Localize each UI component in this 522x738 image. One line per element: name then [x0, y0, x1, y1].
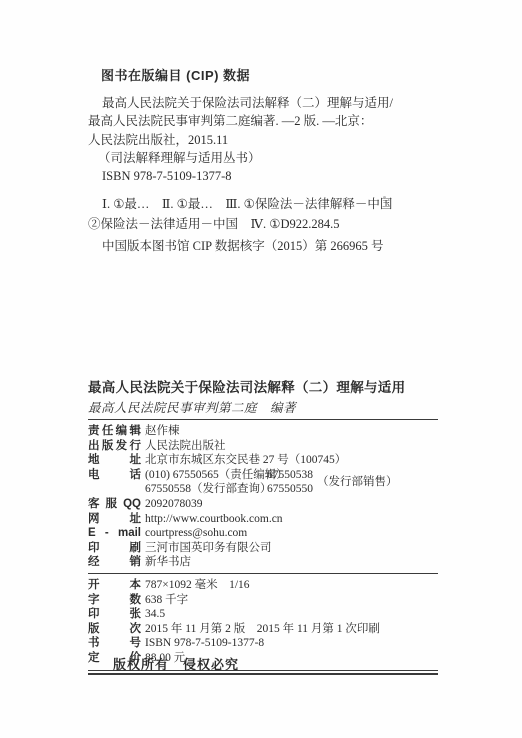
- pub-value-phone: (010) 67550565（责任编辑） 67550558（发行部查询） 675…: [145, 468, 398, 497]
- pub-label: 出版发行: [88, 439, 141, 454]
- pub-row-wordcount: 字 数 638 千字: [88, 593, 438, 608]
- pub-row-sheets: 印 张 34.5: [88, 607, 438, 622]
- pub-row-printer: 印 刷 三河市国英印务有限公司: [88, 541, 438, 556]
- pub-row-qq: 客 服 QQ 2092078039: [88, 497, 438, 512]
- cip-heading: 图书在版编目 (CIP) 数据: [88, 66, 440, 85]
- pub-row-format: 开 本 787×1092 毫米 1/16: [88, 578, 438, 593]
- cip-isbn-line: ISBN 978-7-5109-1377-8: [88, 167, 440, 185]
- pub-value: 新华书店: [145, 555, 191, 570]
- phone-line: (010) 67550565（责任编辑）: [145, 468, 267, 483]
- pub-value: 赵作棟: [145, 424, 180, 439]
- pub-value: 北京市东城区东交民巷 27 号（100745）: [145, 453, 346, 468]
- cip-series-line: （司法解释理解与适用丛书）: [88, 149, 440, 167]
- cip-class-line: ②保险法－法律适用－中国 Ⅳ. ①D922.284.5: [88, 215, 440, 235]
- phone-extensions: (010) 67550565（责任编辑） 67550558（发行部查询）: [145, 468, 267, 497]
- pub-label: 地 址: [88, 453, 141, 468]
- pub-value: 638 千字: [145, 593, 188, 608]
- pub-label: 网 址: [88, 512, 141, 527]
- pub-label: 印 刷: [88, 541, 141, 556]
- publication-info: 责任编辑 赵作棟 出版发行 人民法院出版社 地 址 北京市东城区东交民巷 27 …: [88, 419, 438, 675]
- title-block: 最高人民法院关于保险法司法解释（二）理解与适用 最高人民法院民事审判第二庭 编著: [88, 379, 440, 417]
- book-author: 最高人民法院民事审判第二庭 编著: [88, 400, 440, 417]
- pub-row-phone: 电 话 (010) 67550565（责任编辑） 67550558（发行部查询）…: [88, 468, 438, 497]
- pub-value: 三河市国英印务有限公司: [145, 541, 272, 556]
- pub-value: 人民法院出版社: [145, 439, 226, 454]
- pub-value: 2015 年 11 月第 2 版 2015 年 11 月第 1 次印刷: [145, 622, 380, 637]
- pub-label: 经 销: [88, 555, 141, 570]
- phone-numbers: 67550538 67550550: [267, 468, 317, 497]
- pub-label: 书 号: [88, 636, 141, 651]
- pub-row-website: 网 址 http://www.courtbook.com.cn: [88, 512, 438, 527]
- pub-value: ISBN 978-7-5109-1377-8: [145, 636, 264, 651]
- pub-row-publisher: 出版发行 人民法院出版社: [88, 439, 438, 454]
- pub-label: 印 张: [88, 607, 141, 622]
- pub-row-edition: 版 次 2015 年 11 月第 2 版 2015 年 11 月第 1 次印刷: [88, 622, 438, 637]
- phone-sales-note: （发行部销售）: [317, 475, 398, 490]
- pub-value-email: courtpress@sohu.com: [145, 526, 247, 541]
- pub-row-email: E - mail courtpress@sohu.com: [88, 526, 438, 541]
- pub-label: 电 话: [88, 468, 141, 497]
- pub-label: 版 次: [88, 622, 141, 637]
- cip-class-line: Ⅰ. ①最… Ⅱ. ①最… Ⅲ. ①保险法－法律解释－中国: [88, 195, 440, 215]
- cip-block: 图书在版编目 (CIP) 数据 最高人民法院关于保险法司法解释（二）理解与适用/…: [88, 66, 440, 256]
- phone-number: 67550550: [267, 482, 317, 497]
- phone-line: 67550558（发行部查询）: [145, 482, 267, 497]
- pub-value: 2092078039: [145, 497, 203, 512]
- scan-speck: [383, 196, 386, 199]
- cip-classification: Ⅰ. ①最… Ⅱ. ①最… Ⅲ. ①保险法－法律解释－中国 ②保险法－法律适用－…: [88, 195, 440, 234]
- pub-label: E - mail: [88, 526, 141, 541]
- cip-record-number: 中国版本图书馆 CIP 数据核字（2015）第 266965 号: [88, 237, 440, 255]
- copyright-notice: 版权所有 侵权必究: [113, 654, 239, 673]
- pub-label: 客 服 QQ: [88, 497, 141, 512]
- pub-value-url: http://www.courtbook.com.cn: [145, 512, 283, 527]
- cip-line: 最高人民法院关于保险法司法解释（二）理解与适用/: [88, 94, 440, 112]
- pub-row-editor: 责任编辑 赵作棟: [88, 424, 438, 439]
- pub-label: 责任编辑: [88, 424, 141, 439]
- book-copyright-page: 图书在版编目 (CIP) 数据 最高人民法院关于保险法司法解释（二）理解与适用/…: [0, 0, 522, 738]
- pub-row-distributor: 经 销 新华书店: [88, 555, 438, 570]
- cip-description: 最高人民法院关于保险法司法解释（二）理解与适用/ 最高人民法院民事审判第二庭编著…: [88, 94, 440, 185]
- book-title: 最高人民法院关于保险法司法解释（二）理解与适用: [88, 379, 440, 397]
- pub-label: 开 本: [88, 578, 141, 593]
- pub-value: 34.5: [145, 607, 165, 622]
- cip-line: 人民法院出版社，2015.11: [88, 131, 440, 149]
- divider-rule: [88, 573, 438, 574]
- phone-number: 67550538: [267, 468, 317, 483]
- pub-value: 787×1092 毫米 1/16: [145, 578, 250, 593]
- cip-line: 最高人民法院民事审判第二庭编著. —2 版. —北京：: [88, 112, 440, 130]
- pub-row-address: 地 址 北京市东城区东交民巷 27 号（100745）: [88, 453, 438, 468]
- pub-label: 字 数: [88, 593, 141, 608]
- pub-row-isbn: 书 号 ISBN 978-7-5109-1377-8: [88, 636, 438, 651]
